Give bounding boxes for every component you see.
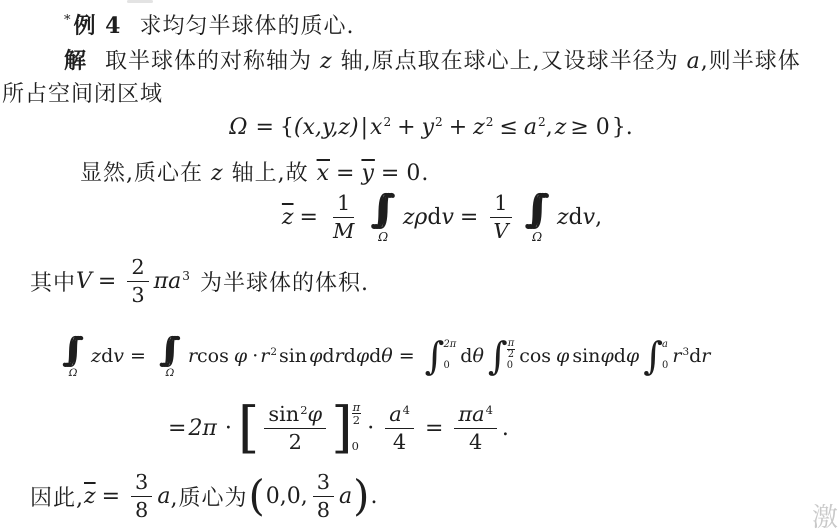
zero: 0 bbox=[406, 161, 421, 186]
numerator-a-fourth: a4 bbox=[385, 401, 414, 428]
pi-symbol: π bbox=[154, 269, 168, 294]
var-phi: φ bbox=[600, 345, 613, 367]
equals-sign: = bbox=[102, 484, 120, 509]
fraction-2-over-3: 23 bbox=[127, 254, 148, 307]
differential-d: d bbox=[344, 345, 356, 367]
var-r: r bbox=[335, 345, 344, 367]
left-paren: ( bbox=[248, 477, 264, 515]
text-segment: 轴,原点取在球心上,又设球半径为 bbox=[333, 49, 687, 74]
var-z: z bbox=[473, 115, 485, 140]
coordinate-tuple: (x,y,z) bbox=[294, 115, 359, 140]
equals-sign: = bbox=[336, 161, 355, 186]
solution-label: 解 bbox=[64, 48, 87, 74]
numerator: 1 bbox=[333, 190, 354, 217]
exponent: 2 bbox=[300, 403, 307, 417]
upper-bound: a bbox=[662, 339, 668, 350]
integral-icon: ∫ bbox=[643, 337, 663, 375]
sin-operator: sin bbox=[279, 345, 307, 367]
geq-zero: ≥ 0 bbox=[570, 115, 609, 140]
differential-d: d bbox=[322, 345, 334, 367]
integral-theta: ∫2π0 bbox=[425, 337, 457, 375]
denominator: 2 bbox=[353, 414, 360, 426]
integral-icon: ∫ bbox=[425, 337, 445, 375]
r-squared: r2 bbox=[260, 345, 277, 367]
a-cubed: a3 bbox=[168, 269, 190, 294]
fraction-3-over-8: 38 bbox=[313, 469, 334, 522]
fraction-pia4-over-4: πa44 bbox=[454, 401, 497, 454]
cropped-glyph-remnant bbox=[127, 0, 153, 3]
cos-operator: cos bbox=[197, 345, 229, 367]
exponent: 2 bbox=[383, 115, 391, 129]
numerator: 3 bbox=[313, 469, 334, 496]
triple-integral-icon: ∫∫∫ bbox=[62, 333, 84, 366]
solution-line-2: 所占空间闭区域 bbox=[2, 77, 163, 108]
plus-sign: + bbox=[397, 115, 415, 140]
var-z: z bbox=[211, 161, 224, 186]
text-segment: 显然,质心在 bbox=[80, 161, 211, 186]
integral-domain: Ω bbox=[532, 231, 542, 243]
fraction-sin2-over-2: sin2φ2 bbox=[264, 401, 326, 454]
var-phi: φ bbox=[626, 345, 639, 367]
numerator: 3 bbox=[131, 469, 152, 496]
var-v: v bbox=[113, 345, 124, 367]
differential-d: d bbox=[569, 205, 583, 230]
z-squared: z2 bbox=[473, 115, 493, 140]
var-z: z bbox=[91, 345, 101, 367]
differential-d: d bbox=[427, 205, 441, 230]
such-that-bar: | bbox=[361, 115, 368, 140]
solution-line-1: 解取半球体的对称轴为 z 轴,原点取在球心上,又设球半径为 a,则半球体 bbox=[64, 44, 801, 75]
denominator: 2 bbox=[508, 350, 514, 360]
sin-operator: sin bbox=[572, 345, 600, 367]
fraction-1-over-M: 1M bbox=[329, 190, 358, 243]
denominator: V bbox=[489, 218, 512, 244]
comma: , bbox=[595, 205, 602, 230]
var-a: a bbox=[687, 49, 701, 74]
var-phi: φ bbox=[556, 345, 569, 367]
text-segment: 为半球体的体积. bbox=[200, 266, 369, 297]
right-paren: ) bbox=[353, 477, 369, 515]
exponent: 4 bbox=[403, 403, 410, 417]
conclusion-line: 因此, z = 38 a ,质心为 ( 0,0, 38 a ) . bbox=[30, 466, 377, 526]
upper-bound: 2π bbox=[443, 339, 456, 350]
var-phi: φ bbox=[356, 345, 369, 367]
differential-d: d bbox=[689, 345, 701, 367]
text-segment: 其中 bbox=[30, 266, 76, 297]
triple-integral-icon: ∫∫∫ bbox=[370, 191, 396, 230]
exponent: 2 bbox=[435, 115, 443, 129]
numerator-pi-a-fourth: πa4 bbox=[454, 401, 497, 428]
lower-bound: 0 bbox=[352, 439, 362, 453]
integral-bounds: a0 bbox=[662, 337, 668, 375]
cdot-operator: · bbox=[252, 345, 258, 367]
bracket-bounds: π20 bbox=[352, 399, 362, 457]
denominator: 4 bbox=[389, 429, 410, 455]
lower-bound: 0 bbox=[443, 360, 456, 371]
sin-operator: sin bbox=[268, 402, 299, 426]
exponent: 3 bbox=[182, 269, 190, 283]
var-x: x bbox=[370, 115, 382, 140]
upper-bound-pi-over-2: π2 bbox=[352, 401, 362, 426]
example-title: 求均匀半球体的质心. bbox=[139, 14, 354, 39]
two-pi: 2π bbox=[188, 416, 216, 441]
triple-integral-icon: ∫∫∫ bbox=[159, 333, 181, 366]
textbook-page: *例 4求均匀半球体的质心. 解取半球体的对称轴为 z 轴,原点取在球心上,又设… bbox=[0, 0, 838, 532]
integral-domain: Ω bbox=[69, 368, 78, 378]
var-v: v bbox=[583, 205, 595, 230]
x-squared: x2 bbox=[370, 115, 391, 140]
var-V: V bbox=[76, 269, 92, 294]
formula-omega-set: Ω = { (x,y,z) | x2 + y2 + z2 ≤ a2 , z ≥ … bbox=[0, 105, 838, 149]
equals-sign: = bbox=[255, 115, 273, 140]
var-phi: φ bbox=[234, 345, 247, 367]
var-r: r bbox=[188, 345, 197, 367]
var-a: a bbox=[168, 269, 181, 294]
integral-domain: Ω bbox=[378, 231, 388, 243]
denominator: 3 bbox=[127, 282, 148, 308]
leq-sign: ≤ bbox=[499, 115, 517, 140]
z-bar: z bbox=[282, 205, 294, 230]
period: . bbox=[421, 161, 429, 186]
formula-spherical-integral: ∫∫∫Ω zdv = ∫∫∫Ω rcosφ · r2 sinφ drdφdθ =… bbox=[55, 318, 710, 394]
var-theta: θ bbox=[472, 345, 483, 367]
differential-d: d bbox=[369, 345, 381, 367]
var-a: a bbox=[389, 402, 401, 426]
fraction-a4-over-4: a44 bbox=[385, 401, 414, 454]
cdot-operator: · bbox=[367, 416, 374, 441]
var-z: z bbox=[555, 115, 567, 140]
comma: , bbox=[546, 115, 553, 140]
right-brace: } bbox=[612, 115, 626, 140]
var-r: r bbox=[260, 345, 269, 367]
lower-bound: 0 bbox=[662, 360, 668, 371]
triple-integral-omega: ∫∫∫Ω bbox=[159, 333, 181, 379]
integral-domain: Ω bbox=[166, 368, 175, 378]
z-bar: z bbox=[84, 484, 96, 509]
fraction-3-over-8: 38 bbox=[131, 469, 152, 522]
denominator: 2 bbox=[285, 429, 306, 455]
var-Omega: Ω bbox=[229, 115, 247, 140]
x-bar: x bbox=[317, 161, 330, 186]
var-a: a bbox=[524, 115, 537, 140]
differential-d: d bbox=[101, 345, 113, 367]
exponent: 2 bbox=[486, 115, 494, 129]
equals-sign: = bbox=[399, 345, 415, 367]
example-heading: *例 4求均匀半球体的质心. bbox=[64, 9, 354, 40]
integral-r: ∫a0 bbox=[643, 337, 668, 375]
r-cubed: r3 bbox=[672, 345, 689, 367]
left-bracket: [ bbox=[238, 403, 259, 453]
equals-sign: = bbox=[381, 161, 400, 186]
period: . bbox=[502, 416, 509, 441]
integral-icon: ∫ bbox=[488, 337, 508, 376]
period: . bbox=[626, 115, 633, 140]
var-z: z bbox=[320, 49, 333, 74]
var-a: a bbox=[157, 484, 170, 509]
pi-symbol: π bbox=[458, 402, 472, 426]
denominator: 8 bbox=[131, 497, 152, 523]
var-v: v bbox=[441, 205, 453, 230]
triple-integral-omega: ∫∫∫Ω bbox=[524, 191, 550, 244]
triple-integral-omega: ∫∫∫Ω bbox=[62, 333, 84, 379]
watermark-character: 激 bbox=[812, 497, 838, 532]
var-a: a bbox=[472, 402, 484, 426]
cos-operator: cos bbox=[519, 345, 551, 367]
plus-sign: + bbox=[449, 115, 467, 140]
y-squared: y2 bbox=[422, 115, 443, 140]
formula-evaluation: = 2π · [ sin2φ2 ] π20 · a44 = πa44 . bbox=[168, 392, 509, 464]
numerator: 2 bbox=[127, 254, 148, 281]
text-segment: 轴上,故 bbox=[224, 161, 317, 186]
formula-zbar: z = 1M ∫∫∫Ω zρdv = 1V ∫∫∫Ω zdv , bbox=[0, 186, 838, 248]
var-y: y bbox=[422, 115, 434, 140]
differential-d: d bbox=[460, 345, 472, 367]
text-segment: ,则半球体 bbox=[701, 49, 801, 74]
triple-integral-omega: ∫∫∫Ω bbox=[370, 191, 396, 244]
exponent: 3 bbox=[682, 346, 689, 358]
right-bracket: ] bbox=[331, 403, 352, 453]
text-segment: 取半球体的对称轴为 bbox=[105, 49, 320, 74]
var-phi: φ bbox=[309, 345, 322, 367]
exponent: 2 bbox=[270, 346, 277, 358]
footnote-star: * bbox=[64, 13, 72, 28]
equals-sign: = bbox=[130, 345, 146, 367]
numerator: 1 bbox=[490, 190, 511, 217]
denominator: 8 bbox=[313, 497, 334, 523]
solution-line-3: 显然,质心在 z 轴上,故 x=y=0. bbox=[80, 156, 429, 187]
y-bar: y bbox=[361, 161, 374, 186]
a-squared: a2 bbox=[524, 115, 546, 140]
equals-sign: = bbox=[460, 205, 478, 230]
equals-sign: = bbox=[300, 205, 318, 230]
text-segment: 所占空间闭区域 bbox=[2, 82, 163, 107]
period: . bbox=[370, 484, 377, 509]
fraction-1-over-V: 1V bbox=[489, 190, 512, 243]
bracketed-antiderivative: [ sin2φ2 ] π20 bbox=[238, 399, 361, 457]
integral-bounds: 2π0 bbox=[443, 337, 456, 375]
zero-coordinates: 0,0, bbox=[266, 484, 308, 509]
integrand-z-rho: zρ bbox=[403, 205, 428, 230]
exponent: 4 bbox=[486, 403, 493, 417]
lower-bound: 0 bbox=[507, 360, 516, 371]
example-label: 例 4 bbox=[74, 13, 122, 39]
text-segment: 因此, bbox=[30, 481, 84, 512]
exponent: 2 bbox=[538, 115, 546, 129]
var-z: z bbox=[557, 205, 569, 230]
volume-statement: 其中 V = 23 π a3 为半球体的体积. bbox=[30, 252, 369, 310]
integral-bounds: π20 bbox=[507, 337, 516, 376]
equals-sign: = bbox=[168, 416, 186, 441]
differential-d: d bbox=[614, 345, 626, 367]
var-phi: φ bbox=[308, 402, 323, 426]
var-theta: θ bbox=[381, 345, 392, 367]
numerator-sin-squared-phi: sin2φ bbox=[264, 401, 326, 428]
triple-integral-icon: ∫∫∫ bbox=[524, 191, 550, 230]
equals-sign: = bbox=[98, 269, 116, 294]
denominator: 4 bbox=[465, 429, 486, 455]
integral-phi: ∫π20 bbox=[488, 337, 515, 376]
left-brace: { bbox=[280, 115, 294, 140]
var-r: r bbox=[672, 345, 681, 367]
text-segment: ,质心为 bbox=[170, 481, 247, 512]
denominator: M bbox=[329, 218, 358, 244]
var-a: a bbox=[339, 484, 352, 509]
var-r: r bbox=[701, 345, 710, 367]
upper-bound-pi-over-2: π2 bbox=[507, 339, 516, 361]
equals-sign: = bbox=[425, 416, 443, 441]
cdot-operator: · bbox=[225, 416, 232, 441]
